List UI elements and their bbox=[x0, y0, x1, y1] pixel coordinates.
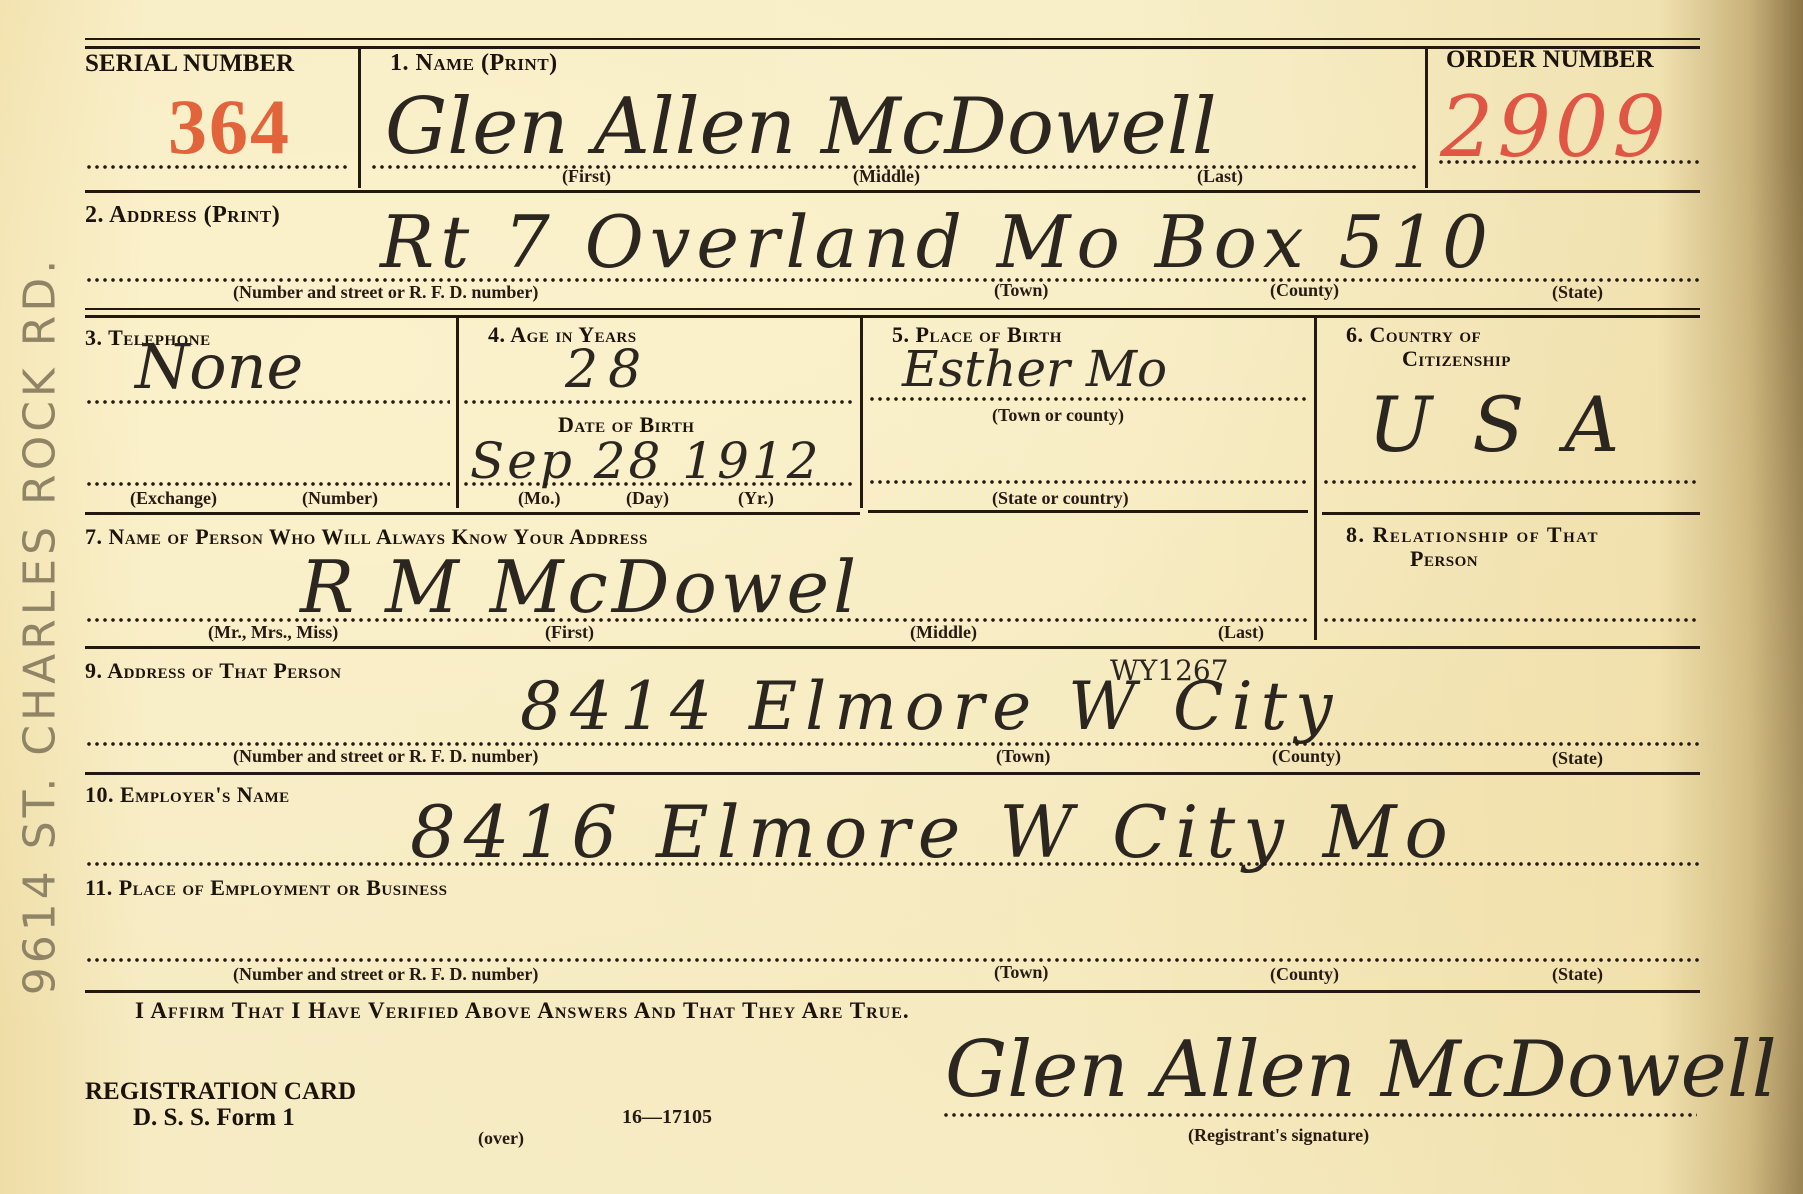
address-label: 2. Address (Print) bbox=[85, 202, 280, 229]
citizenship-label-1: 6. Country of bbox=[1346, 322, 1481, 348]
telephone-sub-exchange: (Exchange) bbox=[130, 488, 217, 509]
row11-bottom-rule bbox=[85, 990, 1700, 993]
employment-sub-county: (County) bbox=[1270, 964, 1339, 985]
name-sub-last: (Last) bbox=[1197, 166, 1243, 187]
form-title: REGISTRATION CARD bbox=[85, 1078, 356, 1106]
contact-address-label: 9. Address of That Person bbox=[85, 658, 341, 684]
name-label: 1. Name (Print) bbox=[390, 50, 558, 77]
contact-address-annotation: WY1267 bbox=[1110, 654, 1229, 687]
contact-address-sub-county: (County) bbox=[1272, 746, 1341, 767]
relationship-label-2: Person bbox=[1410, 546, 1478, 572]
telephone-dotted-line-2 bbox=[85, 482, 450, 486]
contact-address-sub-town: (Town) bbox=[996, 746, 1050, 767]
relationship-label-1: 8. Relationship of That bbox=[1346, 522, 1599, 548]
birthplace-value[interactable]: Esther Mo bbox=[902, 340, 1167, 398]
address-sub-street: (Number and street or R. F. D. number) bbox=[233, 282, 538, 303]
signature-value[interactable]: Glen Allen McDowell bbox=[945, 1025, 1777, 1115]
citizenship-value[interactable]: U S A bbox=[1368, 380, 1627, 469]
serial-dotted-line bbox=[85, 165, 347, 169]
relationship-dotted-line bbox=[1322, 618, 1700, 622]
row2-rule-1 bbox=[85, 308, 1700, 310]
name-sub-first: (First) bbox=[562, 166, 611, 187]
contact-sub-middle: (Middle) bbox=[910, 622, 977, 643]
name-sub-middle: (Middle) bbox=[853, 166, 920, 187]
employer-dotted-line bbox=[85, 862, 1700, 866]
registration-card: 9614 ST. CHARLES ROCK RD. SERIAL NUMBER … bbox=[0, 0, 1803, 1194]
dob-dotted-line bbox=[462, 482, 855, 486]
contact-address-sub-state: (State) bbox=[1552, 748, 1603, 769]
employment-sub-town: (Town) bbox=[994, 962, 1048, 983]
birthplace-sub-state: (State or country) bbox=[992, 488, 1129, 509]
contact-sub-last: (Last) bbox=[1218, 622, 1264, 643]
birth-citizen-divider bbox=[1314, 318, 1317, 640]
age-birth-divider bbox=[860, 318, 863, 508]
age-dotted-line bbox=[462, 400, 855, 404]
order-dotted-line bbox=[1437, 160, 1699, 164]
tel-age-divider bbox=[456, 318, 459, 508]
order-divider bbox=[1425, 48, 1428, 188]
serial-number-label: SERIAL NUMBER bbox=[85, 50, 294, 78]
dob-sub-yr: (Yr.) bbox=[738, 488, 774, 509]
print-code: 16—17105 bbox=[622, 1106, 712, 1129]
age-value[interactable]: 28 bbox=[565, 340, 651, 400]
top-rule bbox=[85, 38, 1700, 40]
contact-sub-first: (First) bbox=[545, 622, 594, 643]
signature-label: (Registrant's signature) bbox=[1188, 1125, 1369, 1146]
name-value[interactable]: Glen Allen McDowell bbox=[385, 82, 1217, 172]
signature-dotted-line bbox=[942, 1113, 1697, 1117]
employment-place-dotted-line bbox=[85, 958, 1700, 962]
contact-sub-title: (Mr., Mrs., Miss) bbox=[208, 622, 338, 643]
margin-note: 9614 ST. CHARLES ROCK RD. bbox=[15, 256, 66, 996]
over-label: (over) bbox=[478, 1128, 524, 1149]
row9-bottom-rule bbox=[85, 772, 1700, 775]
address-value[interactable]: Rt 7 Overland Mo Box 510 bbox=[380, 200, 1494, 284]
birthplace-bottom-rule bbox=[868, 510, 1308, 513]
row7-bottom-rule bbox=[85, 646, 1700, 649]
dob-sub-day: (Day) bbox=[626, 488, 669, 509]
employment-sub-state: (State) bbox=[1552, 964, 1603, 985]
citizenship-label-2: Citizenship bbox=[1402, 346, 1511, 372]
serial-number-value: 364 bbox=[168, 82, 291, 172]
row1-bottom-rule bbox=[85, 190, 1700, 193]
telephone-dotted-line bbox=[85, 400, 450, 404]
address-sub-county: (County) bbox=[1270, 280, 1339, 301]
telephone-sub-number: (Number) bbox=[302, 488, 378, 509]
form-id: D. S. S. Form 1 bbox=[133, 1104, 295, 1132]
row3-bottom-rule bbox=[85, 512, 860, 515]
row2-rule-2 bbox=[85, 315, 1700, 318]
employment-place-label: 11. Place of Employment or Business bbox=[85, 875, 447, 901]
citizenship-bottom-rule bbox=[1322, 512, 1700, 515]
serial-divider bbox=[358, 48, 361, 188]
contact-value[interactable]: R M McDowel bbox=[300, 545, 860, 629]
employment-sub-street: (Number and street or R. F. D. number) bbox=[233, 964, 538, 985]
address-sub-state: (State) bbox=[1552, 282, 1603, 303]
employer-label: 10. Employer's Name bbox=[85, 782, 290, 808]
birthplace-dotted-line bbox=[868, 397, 1308, 401]
dob-sub-mo: (Mo.) bbox=[518, 488, 560, 509]
affirmation-text: I Affirm That I Have Verified Above Answ… bbox=[135, 998, 910, 1024]
citizenship-dotted-line bbox=[1322, 480, 1700, 484]
birthplace-dotted-line-2 bbox=[868, 480, 1308, 484]
order-number-label: ORDER NUMBER bbox=[1446, 46, 1654, 74]
birthplace-sub-town: (Town or county) bbox=[992, 405, 1124, 426]
contact-address-sub-street: (Number and street or R. F. D. number) bbox=[233, 746, 538, 767]
address-sub-town: (Town) bbox=[994, 280, 1048, 301]
telephone-value[interactable]: None bbox=[135, 330, 303, 403]
